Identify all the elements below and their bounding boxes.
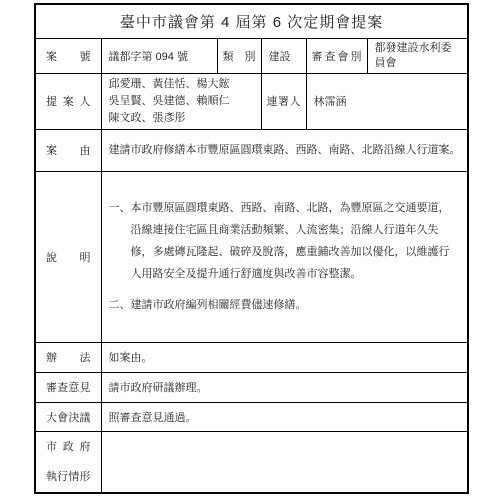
subject-value: 建請市政府修繕本市豐原區圓環東路、西路、南路、北路沿線人行道案。 <box>101 129 468 171</box>
proposer-line: 邱愛珊、黃佳恬、楊大鋐 <box>109 76 255 93</box>
explanation-row: 說明 一、本市豐原區圓環東路、西路、南路、北路，為豐原區之交通要道，沿線連接住宅… <box>35 171 468 342</box>
case-number-value: 議都字第 094 號 <box>101 38 217 73</box>
method-label: 辦法 <box>35 342 101 372</box>
title-row: 臺中市議會第 4 屆第 6 次定期會提案 <box>35 4 468 38</box>
proposers-label: 提案人 <box>35 73 101 129</box>
case-number-row: 案號 議都字第 094 號 類別 建設 審查會別 都發建設水利委員會 <box>35 38 468 73</box>
review-committee-value: 都發建設水利委員會 <box>367 38 468 73</box>
case-number-label: 案號 <box>35 38 101 73</box>
explanation-label: 說明 <box>35 171 101 342</box>
document-page: 臺中市議會第 4 屆第 6 次定期會提案 案號 議都字第 094 號 類別 建設… <box>0 0 500 500</box>
proposers-names: 邱愛珊、黃佳恬、楊大鋐 吳呈賢、吳建德、賴順仁 陳文政、張彥彤 <box>101 73 261 129</box>
review-opinion-label: 審查意見 <box>35 372 101 402</box>
category-label: 類別 <box>217 38 261 73</box>
execution-row: 市政府 執行情形 <box>35 431 468 493</box>
cosigner-label: 連署人 <box>261 73 306 129</box>
review-committee-label: 審查會別 <box>306 38 367 73</box>
cosigner-value: 林霈涵 <box>306 73 468 129</box>
category-value: 建設 <box>261 38 306 73</box>
proposer-line: 吳呈賢、吳建德、賴順仁 <box>109 93 255 110</box>
page-title: 臺中市議會第 4 屆第 6 次定期會提案 <box>35 4 468 38</box>
explanation-item: 一、本市豐原區圓環東路、西路、南路、北路，為豐原區之交通要道，沿線連接住宅區且商… <box>109 197 462 285</box>
resolution-label: 大會決議 <box>35 402 101 431</box>
review-opinion-value: 請市政府研議辦理。 <box>101 372 468 402</box>
review-opinion-row: 審查意見 請市政府研議辦理。 <box>35 372 468 402</box>
subject-label: 案由 <box>35 129 101 171</box>
method-value: 如案由。 <box>101 342 468 372</box>
execution-label: 市政府 執行情形 <box>35 431 101 493</box>
resolution-row: 大會決議 照審查意見通過。 <box>35 402 468 431</box>
explanation-content: 一、本市豐原區圓環東路、西路、南路、北路，為豐原區之交通要道，沿線連接住宅區且商… <box>101 171 468 342</box>
execution-value <box>101 431 468 493</box>
method-row: 辦法 如案由。 <box>35 342 468 372</box>
proposer-line: 陳文政、張彥彤 <box>109 110 255 127</box>
explanation-item: 二、建請市政府編列相關經費儘速修繕。 <box>109 294 462 316</box>
proposal-table: 臺中市議會第 4 屆第 6 次定期會提案 案號 議都字第 094 號 類別 建設… <box>34 3 469 494</box>
resolution-value: 照審查意見通過。 <box>101 402 468 431</box>
execution-label-line: 市政府 <box>36 432 101 462</box>
subject-row: 案由 建請市政府修繕本市豐原區圓環東路、西路、南路、北路沿線人行道案。 <box>35 129 468 171</box>
proposers-row: 提案人 邱愛珊、黃佳恬、楊大鋐 吳呈賢、吳建德、賴順仁 陳文政、張彥彤 連署人 … <box>35 73 468 129</box>
execution-label-line: 執行情形 <box>36 462 101 492</box>
